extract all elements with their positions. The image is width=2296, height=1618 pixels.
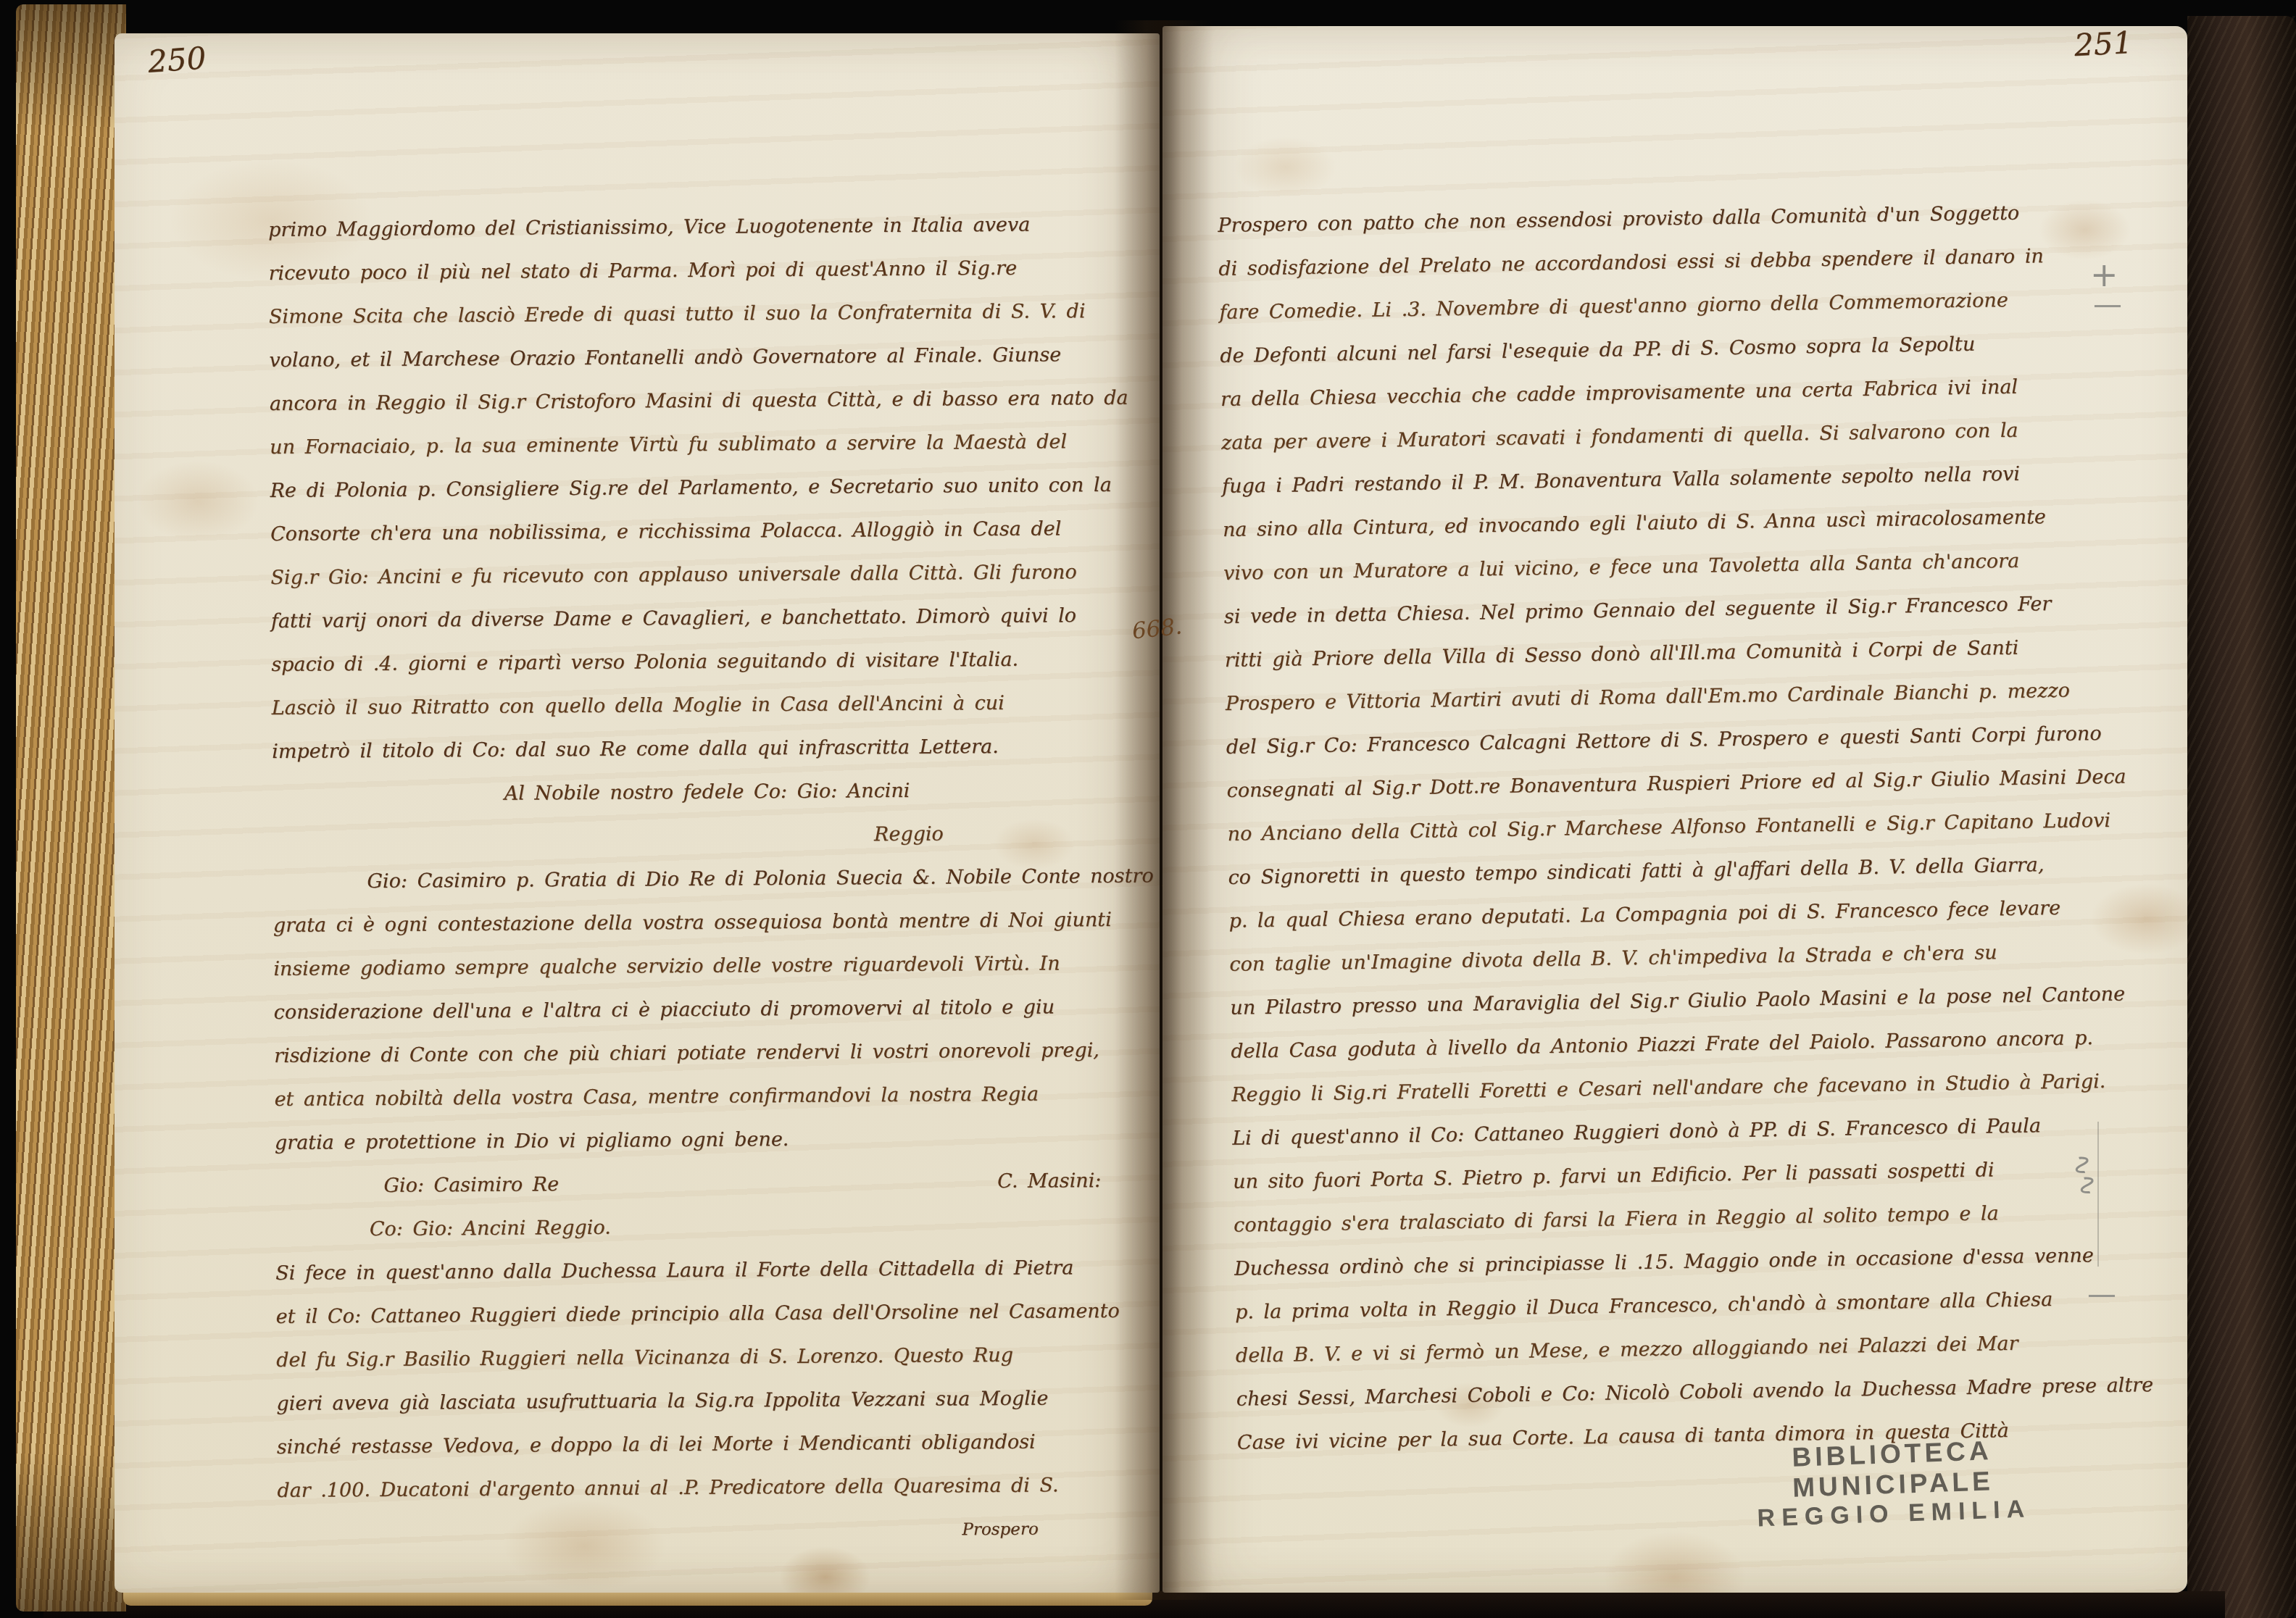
manuscript-line: Lasciò il suo Ritratto con quello della …	[272, 681, 1141, 730]
manuscript-line: gratia e protettione in Dio vi pigliamo …	[275, 1116, 1144, 1165]
manuscript-line: grata ci è ogni contestazione della vost…	[273, 898, 1143, 948]
library-stamp: BIBLIOTECA MUNICIPALE REGGIO EMILIA	[1718, 1433, 2068, 1535]
manuscript-line: volano, et il Marchese Orazio Fontanelli…	[269, 333, 1139, 383]
manuscript-line: dar .100. Ducatoni d'argento annui al .P…	[277, 1464, 1147, 1513]
manuscript-line: Co: Gio: Ancini Reggio.	[275, 1203, 1145, 1252]
manuscript-line: gieri aveva già lasciata usufruttuaria l…	[276, 1377, 1146, 1426]
manuscript-line: et antica nobiltà della vostra Casa, men…	[274, 1072, 1144, 1122]
pencil-vertical-line	[2097, 1122, 2099, 1267]
manuscript-line: Re di Polonia p. Consigliere Sig.re del …	[270, 464, 1140, 513]
photo-frame: 250 primo Maggiordomo del Cristianissimo…	[0, 0, 2296, 1618]
manuscript-line: Simone Scita che lasciò Erede di quasi t…	[269, 290, 1139, 339]
manuscript-line: fatti varij onori da diverse Dame e Cava…	[271, 594, 1141, 643]
page-number-right: 251	[2074, 25, 2134, 63]
left-page: 250 primo Maggiordomo del Cristianissimo…	[115, 33, 1160, 1593]
manuscript-line: Consorte ch'era una nobilissima, e ricch…	[270, 507, 1140, 556]
manuscript-line: considerazione dell'una e l'altra ci è p…	[274, 985, 1144, 1035]
manuscript-line: Gio: Casimiro p. Gratia di Dio Re di Pol…	[273, 855, 1142, 904]
manuscript-line: spacio di .4. giorni e ripartì verso Pol…	[271, 638, 1141, 687]
book-cover-leather	[2187, 16, 2296, 1618]
left-page-text: primo Maggiordomo del Cristianissimo, Vi…	[268, 203, 1147, 1556]
signature-left: Gio: Casimiro Re	[383, 1163, 559, 1208]
right-page-text: Prospero con patto che non essendosi pro…	[1218, 191, 2118, 1465]
manuscript-line: insieme godiamo sempre qualche servizio …	[273, 942, 1143, 991]
manuscript-line: Sig.r Gio: Ancini e fu ricevuto con appl…	[270, 551, 1140, 600]
right-page: 251 Prospero con patto che non essendosi…	[1162, 26, 2187, 1593]
manuscript-line: sinché restasse Vedova, e doppo la di le…	[277, 1420, 1147, 1469]
page-number-left: 250	[146, 40, 207, 79]
signature-right: C. Masini:	[997, 1159, 1102, 1204]
manuscript-line: Gio: Casimiro ReC. Masini:	[275, 1159, 1144, 1209]
manuscript-line: et il Co: Cattaneo Ruggieri diede princi…	[275, 1290, 1145, 1339]
pencil-dash-mark: —	[2093, 288, 2122, 322]
manuscript-line: impetrò il titolo di Co: dal suo Re come…	[272, 725, 1141, 774]
manuscript-line: del fu Sig.r Basilio Ruggieri nella Vici…	[276, 1333, 1146, 1383]
manuscript-line: Si fece in quest'anno dalla Duchessa Lau…	[275, 1246, 1145, 1296]
manuscript-line: Al Nobile nostro fedele Co: Gio: Ancini	[272, 768, 1141, 817]
manuscript-line: risdizione di Conte con che più chiari p…	[274, 1029, 1144, 1078]
manuscript-line: un Fornaciaio, p. la sua eminente Virtù …	[270, 420, 1139, 470]
manuscript-line: ricevuto poco il più nel stato di Parma.…	[268, 246, 1138, 296]
pencil-dash-mark-2: —	[2087, 1278, 2116, 1312]
manuscript-line: ancora in Reggio il Sig.r Cristoforo Mas…	[270, 377, 1139, 426]
margin-note: 668.	[1131, 613, 1183, 644]
manuscript-line: Reggio	[273, 812, 1142, 861]
page-stack-fore-edge	[16, 4, 126, 1611]
manuscript-line: primo Maggiordomo del Cristianissimo, Vi…	[268, 203, 1138, 252]
manuscript-line: Prospero	[278, 1507, 1147, 1556]
